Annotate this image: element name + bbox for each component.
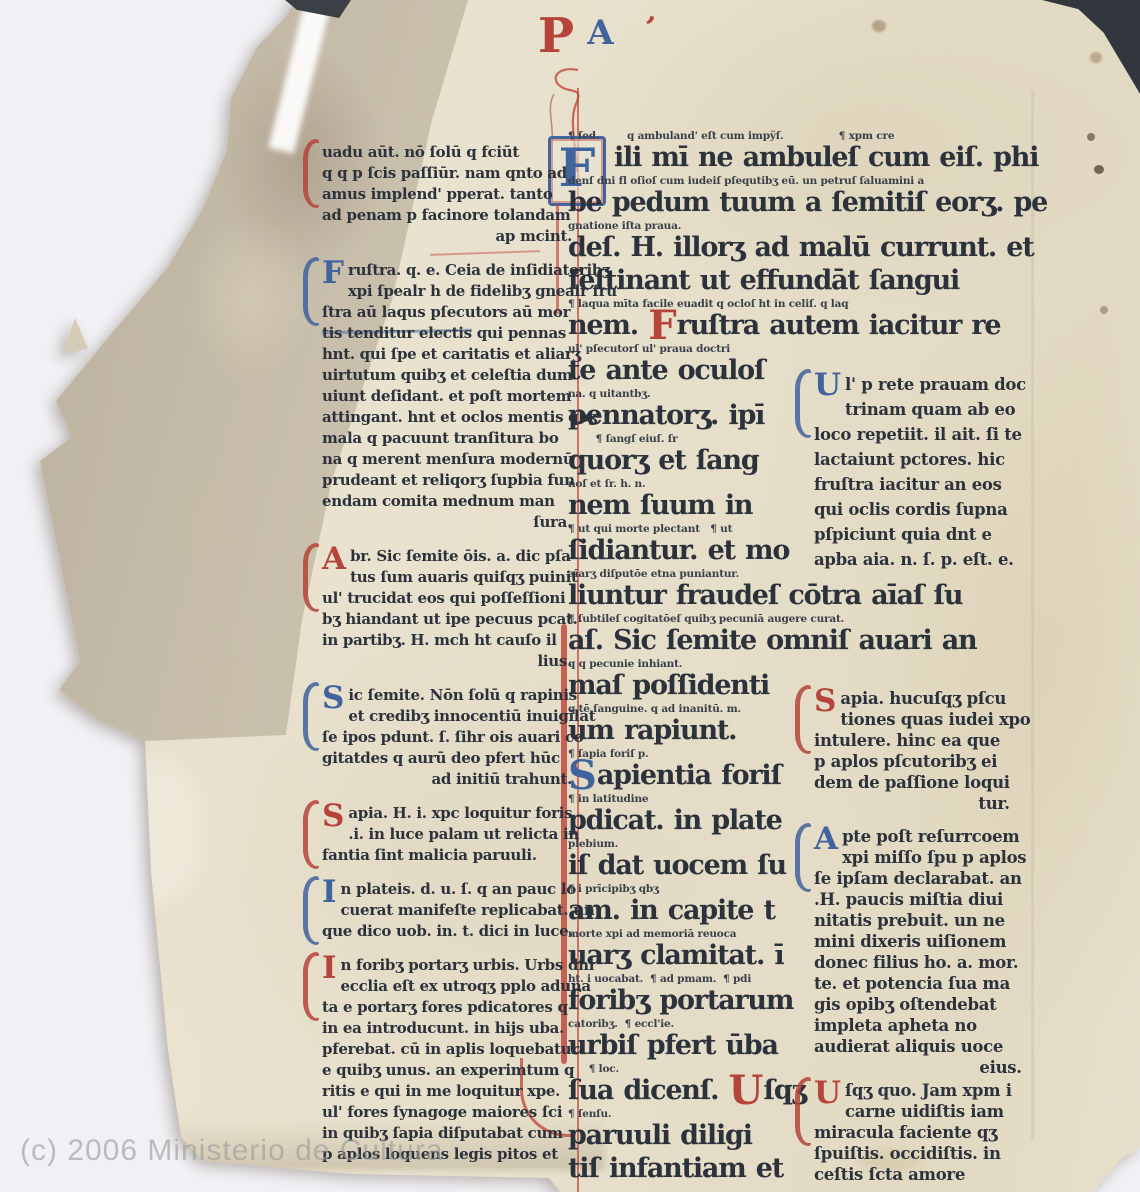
scripture-text: nem. Fruſtra autem iacitur re [568, 310, 1020, 342]
gloss-line: que dico uob. in. t. dici in luce. [322, 921, 572, 942]
gloss-line: ſpuiſtis. occidiſtis. in [814, 1143, 1001, 1164]
gloss-tail-line: ap mcint. [322, 226, 572, 247]
inline-initial: U [729, 1067, 764, 1114]
interlinear-gloss: q q pecunie inhiant. [568, 658, 1020, 670]
gloss-line: amus implend' pperat. tanto [322, 184, 572, 205]
gloss-paragraph: Sic ſemite. Nōn ſolū q rapiniset credibʒ… [306, 685, 572, 790]
text-segment: maſ poſſidenti [568, 670, 769, 701]
gloss-line: uiunt deſidant. et poſt mortem [322, 386, 572, 407]
text-segment: nem ſuum in [568, 490, 752, 521]
running-title-letter-P: P [538, 8, 574, 64]
gloss-line: gis opibʒ oſtendebat [814, 994, 1022, 1015]
text-segment: ſidiantur. et mo [568, 535, 789, 566]
scripture-text: be pedum tuum a ſemitiſ eorʒ. pe [568, 187, 1020, 219]
scripture-line-group: ¶ laqua mīta facile euadit q ocloſ ht in… [568, 298, 1020, 342]
gloss-line: endam comita mednum man [322, 491, 572, 512]
gloss-line: apba aia. n. ſ. p. eſt. e. [814, 547, 1022, 572]
text-segment: aſ. Sic ſemite omniſ auari an [568, 625, 976, 656]
gloss-line: trinam quam ab eo [814, 397, 1022, 422]
gloss-line: gitatdes q aurū deo pfert hūc [322, 748, 572, 769]
gloss-line: bʒ hiandant ut ipe pecuus pcat. [322, 609, 572, 630]
gloss-line: hnt. qui ſpe et caritatis et aliarʒ [322, 344, 572, 365]
manuscript-leaf: P A ʼ F uadu aūt. nō ſolū q fciūtq q p ſ… [0, 0, 1140, 1192]
gloss-line: .H. paucis miſtia diui [814, 889, 1022, 910]
gloss-tail-line: ſura. [322, 512, 572, 533]
gloss-line: xpi ſpealr h de fidelibʒ gnealr fru [322, 281, 572, 302]
gloss-line: pſpiciunt quia dnt e [814, 522, 1022, 547]
stain [57, 1043, 64, 1049]
gloss-line: te. et potencia ſua ma [814, 973, 1022, 994]
gloss-line: apia. hucuſqʒ pſcu [814, 688, 1010, 709]
gloss-line: l' p rete prauam doc [814, 372, 1022, 397]
gloss-line: n plateis. d. u. ſ. q an pauc lo [322, 879, 572, 900]
interlinear-gloss: denſ dni fl oſioſ cum iudeiſ pſequtibʒ e… [568, 175, 1020, 187]
scripture-line-group: denſ dni fl oſioſ cum iudeiſ pſequtibʒ e… [568, 175, 1020, 219]
paragraph-initial: U [814, 372, 841, 398]
gloss-line: e quibʒ unus. an experimtum q [322, 1060, 572, 1081]
scripture-line-group: aīarʒ diſputōe etna puniantur.liuntur fr… [568, 568, 1020, 612]
gloss-line: tus ſum auaris quiſqʒ puinit [322, 567, 572, 588]
gloss-line: fruſtra iacitur an eos [814, 472, 1022, 497]
text-segment: pdicat. in plate [568, 805, 782, 836]
gloss-line: pferebat. cū in aplis loquebatur [322, 1039, 572, 1060]
text-segment: um rapiunt. [568, 715, 736, 746]
gloss-line: prudeant et reliqorʒ ſupbia fun [322, 470, 572, 491]
gloss-tail-line: ad initiū trahunt. [322, 769, 572, 790]
text-segment: ſua dicenſ. [568, 1075, 729, 1106]
gloss-line: na q merent menſura modernū [322, 449, 572, 470]
text-segment: foribʒ portarum [568, 985, 793, 1016]
stain [872, 20, 886, 32]
gloss-line: lactaiunt pctores. hic [814, 447, 1022, 472]
gloss-line: ſtra aū laqus pſecutors aū mor [322, 302, 572, 323]
text-segment: paruuli diligi [568, 1120, 752, 1151]
gloss-line: intulere. hinc ea que [814, 730, 1010, 751]
gloss-paragraph: Sapia. H. i. xpc loquitur foris.i. in lu… [306, 803, 572, 866]
detached-parchment-sliver [62, 318, 88, 354]
gloss-line: attingant. hnt et oclos mentis qbʒ [322, 407, 572, 428]
interlinear-gloss: gnatione iſta praua. [568, 220, 1020, 232]
gloss-line: xpi miſſo ſpu p aplos [814, 847, 1022, 868]
gloss-line: ſe ipſam declarabat. an [814, 868, 1022, 889]
text-segment: am. in capite t [568, 895, 775, 926]
gloss-tail-line: lius. [322, 651, 572, 672]
paragraph-initial: F [322, 260, 344, 286]
gloss-tail-line: tur. [814, 793, 1010, 814]
paragraph-initial: S [814, 688, 836, 714]
scripture-line-group: feſtinant ut effundāt ſangui [568, 265, 1020, 297]
gloss-line: carne uidiſtis iam [814, 1101, 1001, 1122]
gloss-line: ſe ipos pdunt. ſ. ſihr ois auari co [322, 727, 572, 748]
scripture-text: deſ. H. illorʒ ad malū currunt. et [568, 232, 1020, 264]
gloss-line: donec filius ho. a. mor. [814, 952, 1022, 973]
gloss-paragraph: uadu aūt. nō ſolū q fciūtq q p ſcis paſſ… [306, 142, 572, 247]
gloss-line: ta e portarʒ fores pdicatores q [322, 997, 572, 1018]
gloss-tail-line: eius. [814, 1057, 1022, 1078]
stain [1090, 52, 1102, 63]
text-segment: tiſ infantiam et [568, 1153, 783, 1184]
gloss-line: br. Sic ſemite ōis. a. dic pſa [322, 546, 572, 567]
text-segment: iſ dat uocem ſu [568, 850, 786, 881]
paragraph-initial: U [814, 1080, 841, 1106]
gloss-line: loco repetiit. il ait. ſi te [814, 422, 1022, 447]
scripture-line-group: ¶ ſed. q ambuland' eſt cum impÿſ. ¶ xpm … [568, 130, 1020, 174]
gloss-line: fantia ſint malicia paruuli. [322, 845, 572, 866]
paragraph-initial: A [322, 546, 346, 572]
text-segment: nem. [568, 310, 648, 341]
gloss-paragraph: Fruſtra. q. e. Ceia de inſidiatoribʒxpi … [306, 260, 572, 533]
scripture-line-group: gnatione iſta praua.deſ. H. illorʒ ad ma… [568, 220, 1020, 264]
gloss-line: ic ſemite. Nōn ſolū q rapinis [322, 685, 572, 706]
manuscript-leaf-wrap: P A ʼ F uadu aūt. nō ſolū q fciūtq q p ſ… [0, 0, 1140, 1192]
text-segment: ili mī ne ambuleſ cum eiſ. phi [614, 142, 1038, 173]
scanner-background: P A ʼ F uadu aūt. nō ſolū q fciūtq q p ſ… [0, 0, 1140, 1192]
text-segment: quorʒ et ſang [568, 445, 759, 476]
pen-mark: ʼ [639, 10, 657, 46]
gloss-line: mini dixeris uiſionem [814, 931, 1022, 952]
stain [1100, 306, 1108, 314]
gloss-line: n foribʒ portarʒ urbis. Urbs dni [322, 955, 572, 976]
paragraph-initial: S [322, 803, 344, 829]
gloss-line: q q p ſcis paſſiūr. nam qnto ad [322, 163, 572, 184]
text-segment: feſtinant ut effundāt ſangui [568, 265, 959, 296]
gloss-line: ruſtra. q. e. Ceia de inſidiatoribʒ [322, 260, 572, 281]
gloss-line: ul' fores ſynagoge maiores ſci [322, 1102, 572, 1123]
scripture-text: ili mī ne ambuleſ cum eiſ. phi [568, 142, 1020, 174]
paragraph-initial: I [322, 879, 337, 905]
paragraph-initial: A [814, 826, 838, 852]
gloss-paragraph: Uſqʒ quo. Jam xpm icarne uidiſtis iammir… [798, 1080, 1001, 1185]
gloss-line: in ea introducunt. in hijs uba. [322, 1018, 572, 1039]
copyright-watermark: (c) 2006 Ministerio de Cultura [20, 1134, 444, 1168]
gloss-paragraph: Apte poſt reſurrcoemxpi miſſo ſpu p aplo… [798, 826, 1022, 1078]
text-segment: deſ. H. illorʒ ad malū currunt. et [568, 232, 1034, 263]
text-segment: urbiſ pfert ūba [568, 1030, 778, 1061]
interlinear-gloss: ul' pſecutorſ ul' praua doctri [568, 343, 1020, 355]
scripture-text: feſtinant ut effundāt ſangui [568, 265, 1020, 297]
gloss-line: dem de paſſione loqui [814, 772, 1010, 793]
text-segment: be pedum tuum a ſemitiſ eorʒ. pe [568, 187, 1047, 218]
gloss-line: impleta apheta no [814, 1015, 1022, 1036]
gloss-line: et credibʒ innocentiū inuigilat [322, 706, 572, 727]
interlinear-gloss: ¶ ſubtileſ cogitatōeſ quibʒ pecuniā auge… [568, 613, 1020, 625]
gloss-line: qui oclis cordis ſupna [814, 497, 1022, 522]
gloss-line: tiones quas iudei xpo [814, 709, 1010, 730]
gloss-line: ecclia eſt ex utroqʒ pplo aduna [322, 976, 572, 997]
gloss-line: p aplos pſcutoribʒ ei [814, 751, 1010, 772]
gloss-paragraph: Sapia. hucuſqʒ pſcutiones quas iudei xpo… [798, 688, 1010, 814]
wormhole [1094, 165, 1104, 174]
paragraph-initial: I [322, 955, 337, 981]
scripture-line-group: ¶ ſubtileſ cogitatōeſ quibʒ pecuniā auge… [568, 613, 1020, 657]
gloss-line: apia. H. i. xpc loquitur foris [322, 803, 572, 824]
gloss-line: mala q pacuunt tranſitura bo [322, 428, 572, 449]
left-gloss-column: uadu aūt. nō ſolū q fciūtq q p ſcis paſſ… [306, 142, 572, 1178]
gloss-line: ſqʒ quo. Jam xpm i [814, 1080, 1001, 1101]
gloss-line: ad penam p facinore tolandam [322, 205, 572, 226]
gloss-line: nitatis prebuit. un ne [814, 910, 1022, 931]
scripture-text: aſ. Sic ſemite omniſ auari an [568, 625, 1020, 657]
gloss-line: uirtutum quibʒ et celeſtia dum [322, 365, 572, 386]
interlinear-gloss: ¶ laqua mīta facile euadit q ocloſ ht in… [568, 298, 1020, 310]
text-segment: liuntur fraudeſ cōtra aīaſ ſu [568, 580, 962, 611]
gloss-paragraph: In plateis. d. u. ſ. q an pauc locuerat … [306, 879, 572, 942]
text-segment: apientia foriſ [597, 760, 781, 791]
gloss-line: uadu aūt. nō ſolū q fciūt [322, 142, 572, 163]
gloss-line: in partibʒ. H. mch ht cauſo il [322, 630, 572, 651]
gloss-line: tis tenditur electis qui pennas [322, 323, 572, 344]
stain [138, 996, 144, 1002]
wormhole [1087, 133, 1095, 141]
running-title-letter-A: A [587, 13, 613, 53]
gloss-line: miracula faciente qʒ [814, 1122, 1001, 1143]
gloss-line: ritis e qui in me loquitur xpe. [322, 1081, 572, 1102]
scripture-text: liuntur fraudeſ cōtra aīaſ ſu [568, 580, 1020, 612]
gloss-line: audierat aliquis uoce [814, 1036, 1022, 1057]
gloss-line: ceſtis ſcta amore [814, 1164, 1001, 1185]
gloss-line: pte poſt reſurrcoem [814, 826, 1022, 847]
gloss-line: cuerat manifeſte replicabat. un [322, 900, 572, 921]
gloss-line: ul' trucidat eos qui poſſeſſioni [322, 588, 572, 609]
inline-initial: S [568, 752, 597, 799]
gloss-line: .i. in luce palam ut relicta in [322, 824, 572, 845]
text-segment: pennatorʒ. ipī [568, 400, 764, 431]
text-segment: te ante oculoſ [568, 355, 764, 386]
pale-patch [110, 755, 205, 905]
text-segment: ruſtra autem iacitur re [677, 310, 1001, 341]
interlinear-gloss: ¶ ſed. q ambuland' eſt cum impÿſ. ¶ xpm … [568, 130, 1020, 142]
inline-initial: F [648, 302, 676, 349]
gloss-paragraph: Abr. Sic ſemite ōis. a. dic pſatus ſum a… [306, 546, 572, 672]
text-segment: uarʒ clamitat. ī [568, 940, 783, 971]
gloss-paragraph: Ul' p rete prauam doctrinam quam ab eolo… [798, 372, 1022, 572]
paragraph-initial: S [322, 685, 344, 711]
